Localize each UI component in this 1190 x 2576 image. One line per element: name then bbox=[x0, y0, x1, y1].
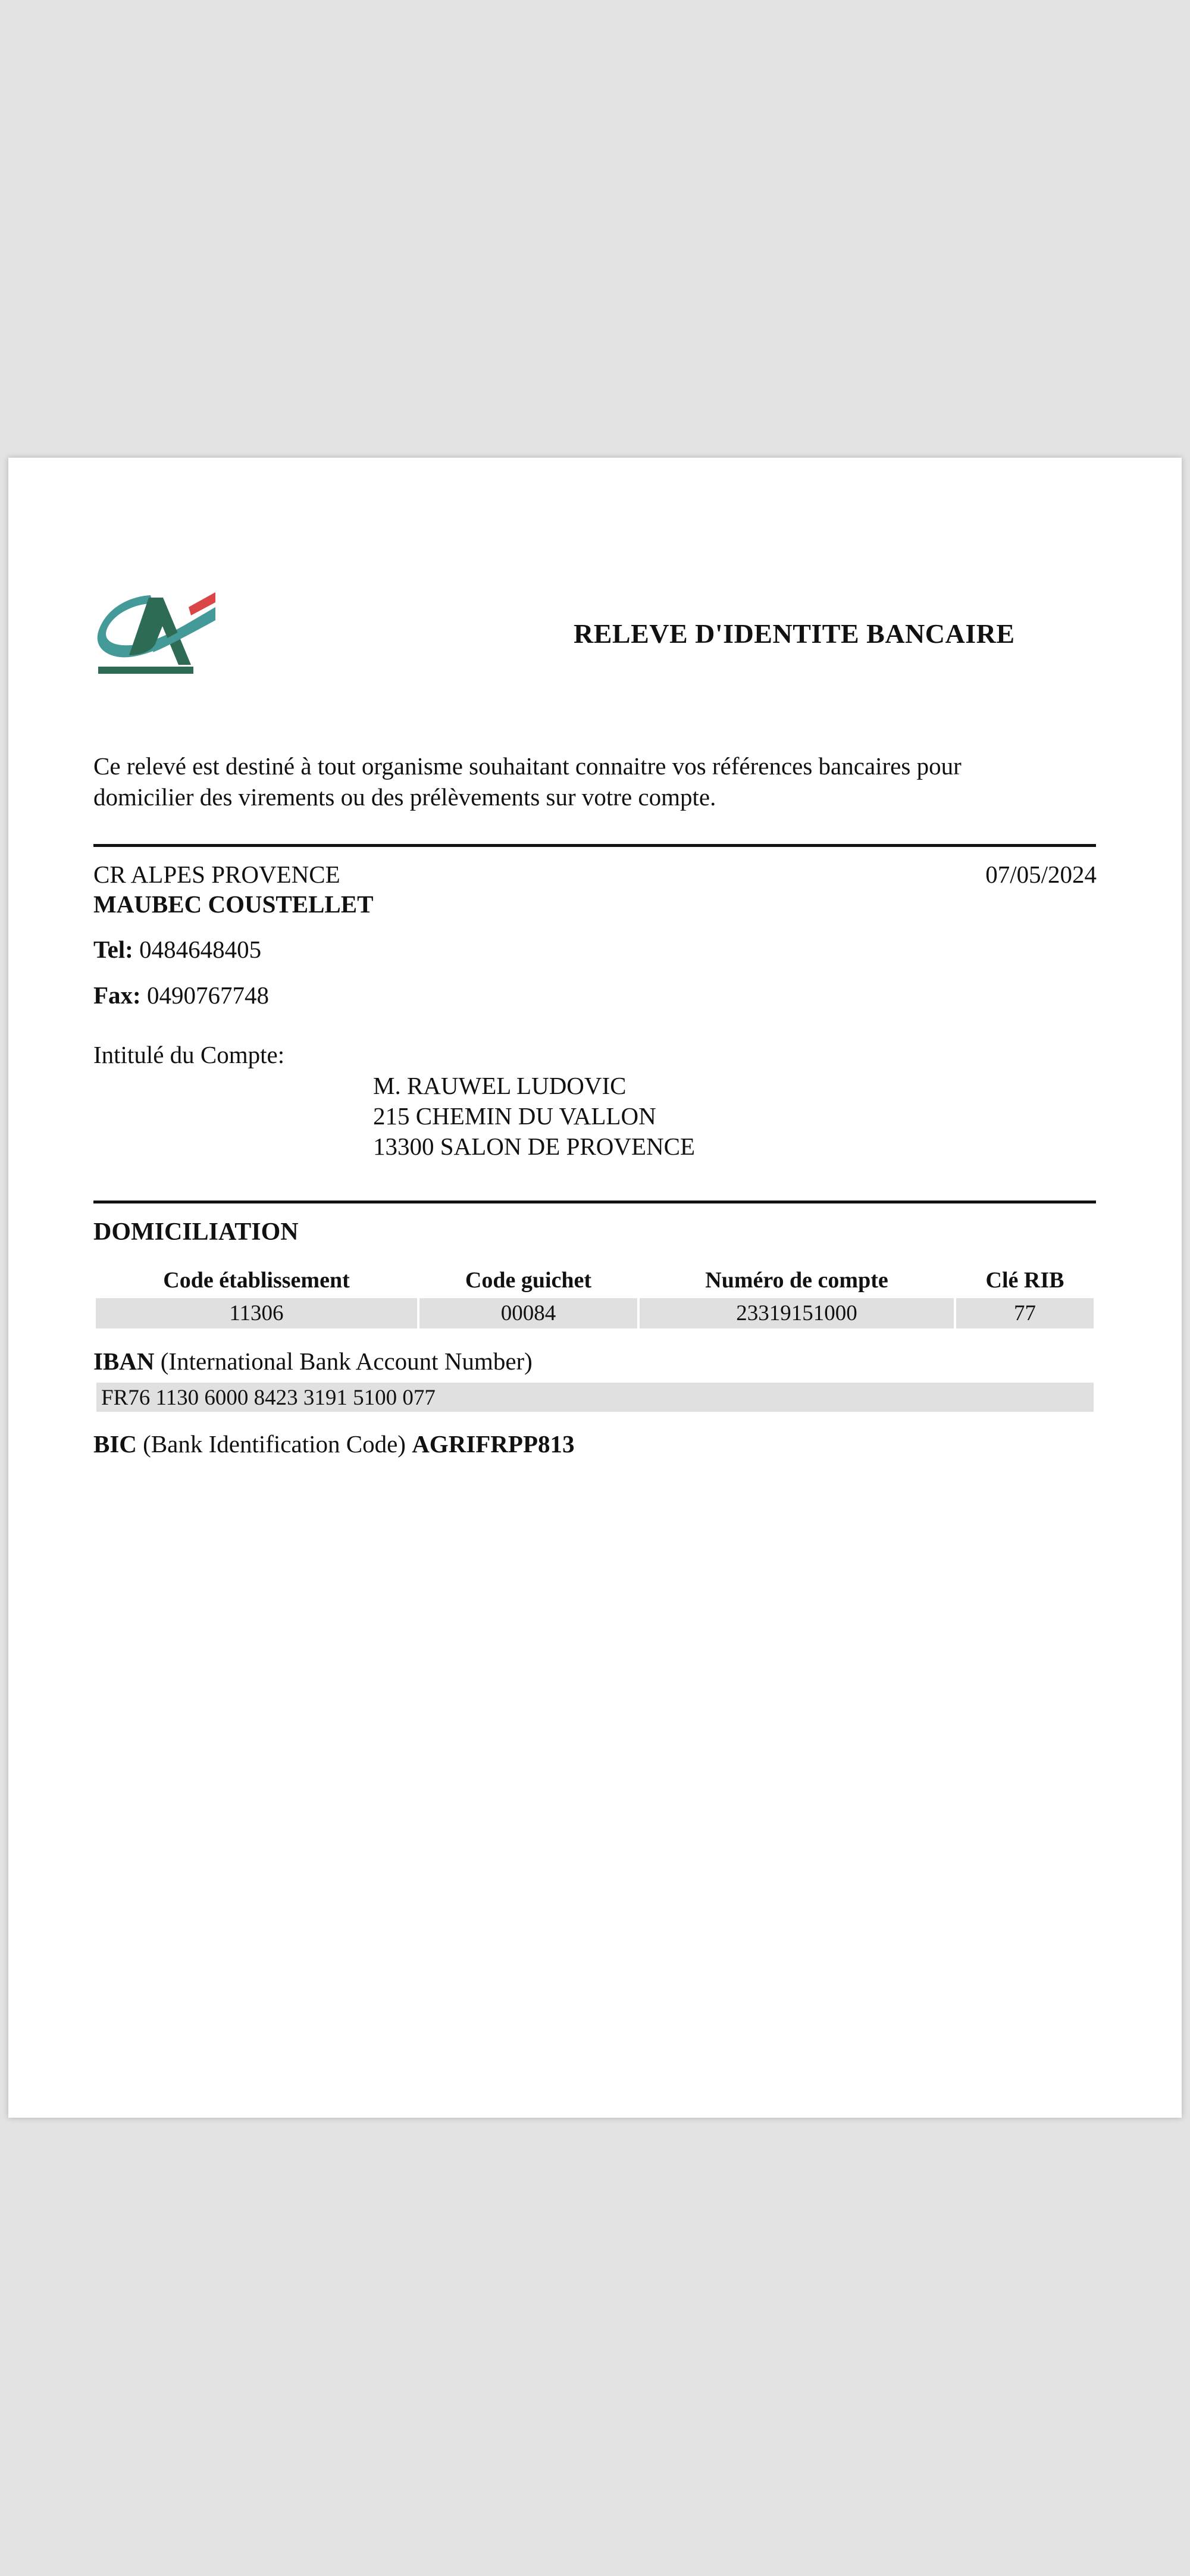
holder-line: M. RAUWEL LUDOVIC bbox=[373, 1071, 695, 1101]
divider bbox=[93, 844, 1096, 847]
col-header: Code établissement bbox=[96, 1262, 417, 1298]
rib-table-header: Code établissement Code guichet Numéro d… bbox=[96, 1262, 1094, 1298]
fax-value: 0490767748 bbox=[147, 981, 269, 1009]
account-title-label: Intitulé du Compte: bbox=[93, 1040, 284, 1069]
domiciliation-heading: DOMICILIATION bbox=[93, 1218, 299, 1246]
branch-code: 00084 bbox=[419, 1298, 637, 1328]
intro-text: Ce relevé est destiné à tout organisme s… bbox=[93, 751, 962, 812]
holder-line: 13300 SALON DE PROVENCE bbox=[373, 1131, 695, 1162]
credit-agricole-logo-icon bbox=[93, 590, 224, 674]
tel-label: Tel: bbox=[93, 936, 133, 963]
bank-code: 11306 bbox=[96, 1298, 417, 1328]
holder-line: 215 CHEMIN DU VALLON bbox=[373, 1101, 695, 1131]
col-header: Code guichet bbox=[419, 1262, 637, 1298]
account-number: 23319151000 bbox=[640, 1298, 954, 1328]
table-row: 11306 00084 23319151000 77 bbox=[96, 1298, 1094, 1328]
iban-description: (International Bank Account Number) bbox=[161, 1348, 533, 1375]
telephone: Tel: 0484648405 bbox=[93, 935, 261, 964]
iban-value: FR76 1130 6000 8423 3191 5100 077 bbox=[101, 1385, 436, 1411]
fax: Fax: 0490767748 bbox=[93, 981, 269, 1009]
rib-key: 77 bbox=[956, 1298, 1094, 1328]
bic-line: BIC (Bank Identification Code) AGRIFRPP8… bbox=[93, 1430, 575, 1458]
intro-line: Ce relevé est destiné à tout organisme s… bbox=[93, 751, 962, 781]
agency-name: MAUBEC COUSTELLET bbox=[93, 890, 373, 918]
document-title: RELEVE D'IDENTITE BANCAIRE bbox=[574, 618, 1015, 649]
bic-description: (Bank Identification Code) bbox=[143, 1430, 406, 1458]
iban-label: IBAN bbox=[93, 1348, 155, 1375]
divider bbox=[93, 1201, 1096, 1203]
intro-line: domicilier des virements ou des prélèvem… bbox=[93, 781, 962, 812]
col-header: Numéro de compte bbox=[640, 1262, 954, 1298]
rib-table: Code établissement Code guichet Numéro d… bbox=[93, 1262, 1096, 1328]
fax-label: Fax: bbox=[93, 981, 141, 1009]
bic-value: AGRIFRPP813 bbox=[412, 1430, 574, 1458]
account-holder: M. RAUWEL LUDOVIC 215 CHEMIN DU VALLON 1… bbox=[373, 1071, 695, 1162]
col-header: Clé RIB bbox=[956, 1262, 1094, 1298]
document-date: 07/05/2024 bbox=[985, 860, 1097, 889]
bic-label: BIC bbox=[93, 1430, 137, 1458]
tel-value: 0484648405 bbox=[139, 936, 261, 963]
iban-label-line: IBAN (International Bank Account Number) bbox=[93, 1347, 533, 1375]
bank-name: CR ALPES PROVENCE bbox=[93, 860, 340, 889]
rib-document-page: RELEVE D'IDENTITE BANCAIRE Ce relevé est… bbox=[8, 458, 1182, 2118]
iban-field: FR76 1130 6000 8423 3191 5100 077 bbox=[96, 1383, 1094, 1412]
